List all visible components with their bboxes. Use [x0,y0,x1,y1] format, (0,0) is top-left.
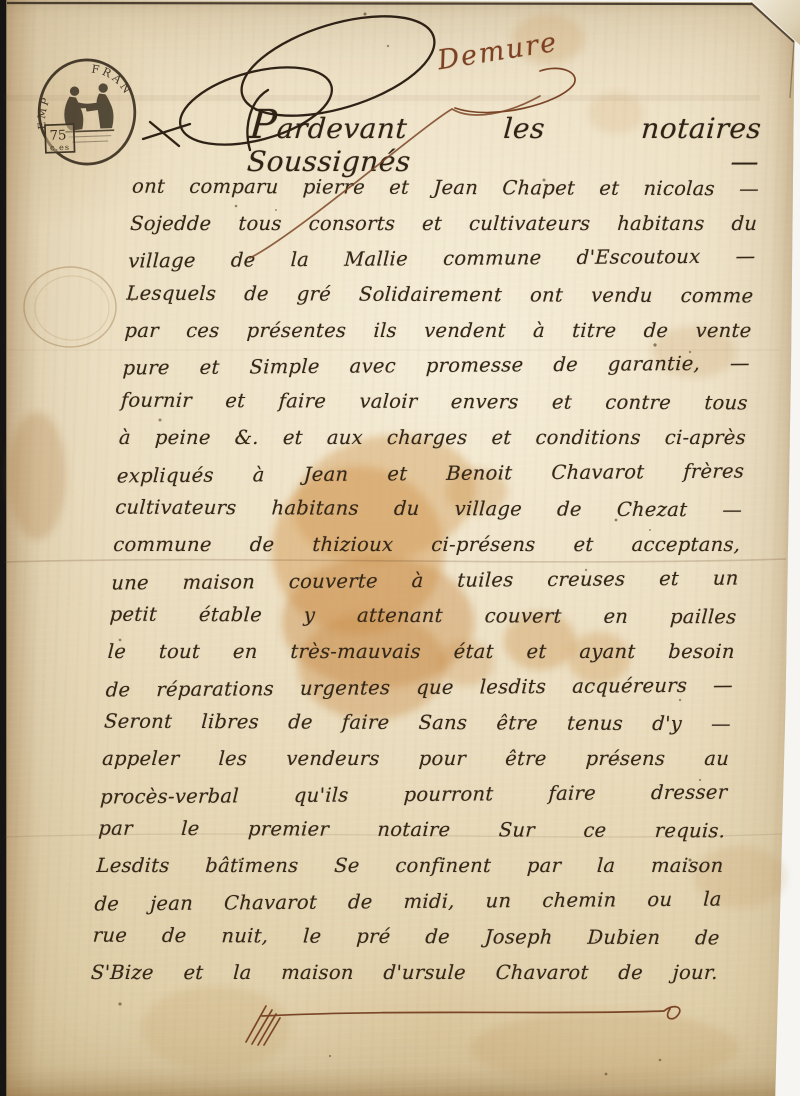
scanner-edge-strip [0,0,7,1096]
manuscript-line: par le premier notaire Sur ce requis. [97,811,726,849]
manuscript-line: cultivateurs habitans du village de Chez… [114,490,743,528]
manuscript-body: ont comparu pierre et Jean Chapet et nic… [90,170,760,991]
manuscript-line: procès-verbal qu'ils pourront faire dres… [99,774,728,815]
manuscript-line: S'Bize et la maison d'ursule Chavarot de… [90,955,719,991]
opening-line: Pardevant les notaires Soussignés — [246,112,763,178]
stamp-value: 75 c.es [45,124,75,153]
manuscript-line: commune de thizioux ci-présens et accept… [112,527,741,563]
opening-text: ardevant les notaires Soussignés — [246,112,763,178]
manuscript-line: Sojedde tous consorts et cultivateurs ha… [129,206,758,242]
revenue-stamp: FRAN. EMP. 75 c.es [34,54,140,169]
manuscript-line: Seront libres de faire Sans être tenus d… [103,704,732,742]
manuscript-line: de jean Chavarot de midi, un chemin ou l… [94,881,723,922]
manuscript-line: Lesquels de gré Solidairement ont vendu … [126,276,755,314]
manuscript-line: une maison couverte à tuiles creuses et … [111,560,740,601]
manuscript-line: Lesdits bâtimens Se confinent par la mai… [96,848,725,884]
manuscript-line: pure et Simple avec promesse de garantie… [122,346,751,387]
manuscript-line: rue de nuit, le pré de Joseph Dubien de [92,918,721,956]
manuscript-line: expliqués à Jean et Benoit Chavarot frèr… [116,453,745,494]
manuscript-line: village de la Mallie commune d'Escoutoux… [127,239,756,280]
manuscript-line: de réparations urgentes que lesdits acqu… [105,667,734,708]
manuscript-line: appeler les vendeurs pour être présens a… [101,741,730,777]
manuscript-line: le tout en très-mauvais état et ayant be… [107,634,736,670]
opening-initial: P [248,102,279,148]
svg-text:75: 75 [49,128,66,144]
manuscript-line: petit étable y attenant couvert en paill… [109,597,738,635]
svg-text:c.es: c.es [50,143,70,153]
manuscript-line: ont comparu pierre et Jean Chapet et nic… [131,169,760,207]
manuscript-line: fournir et faire valoir envers et contre… [120,383,749,421]
manuscript-line: à peine &. et aux charges et conditions … [118,420,747,456]
manuscript-line: par ces présentes ils vendent à titre de… [124,313,753,349]
